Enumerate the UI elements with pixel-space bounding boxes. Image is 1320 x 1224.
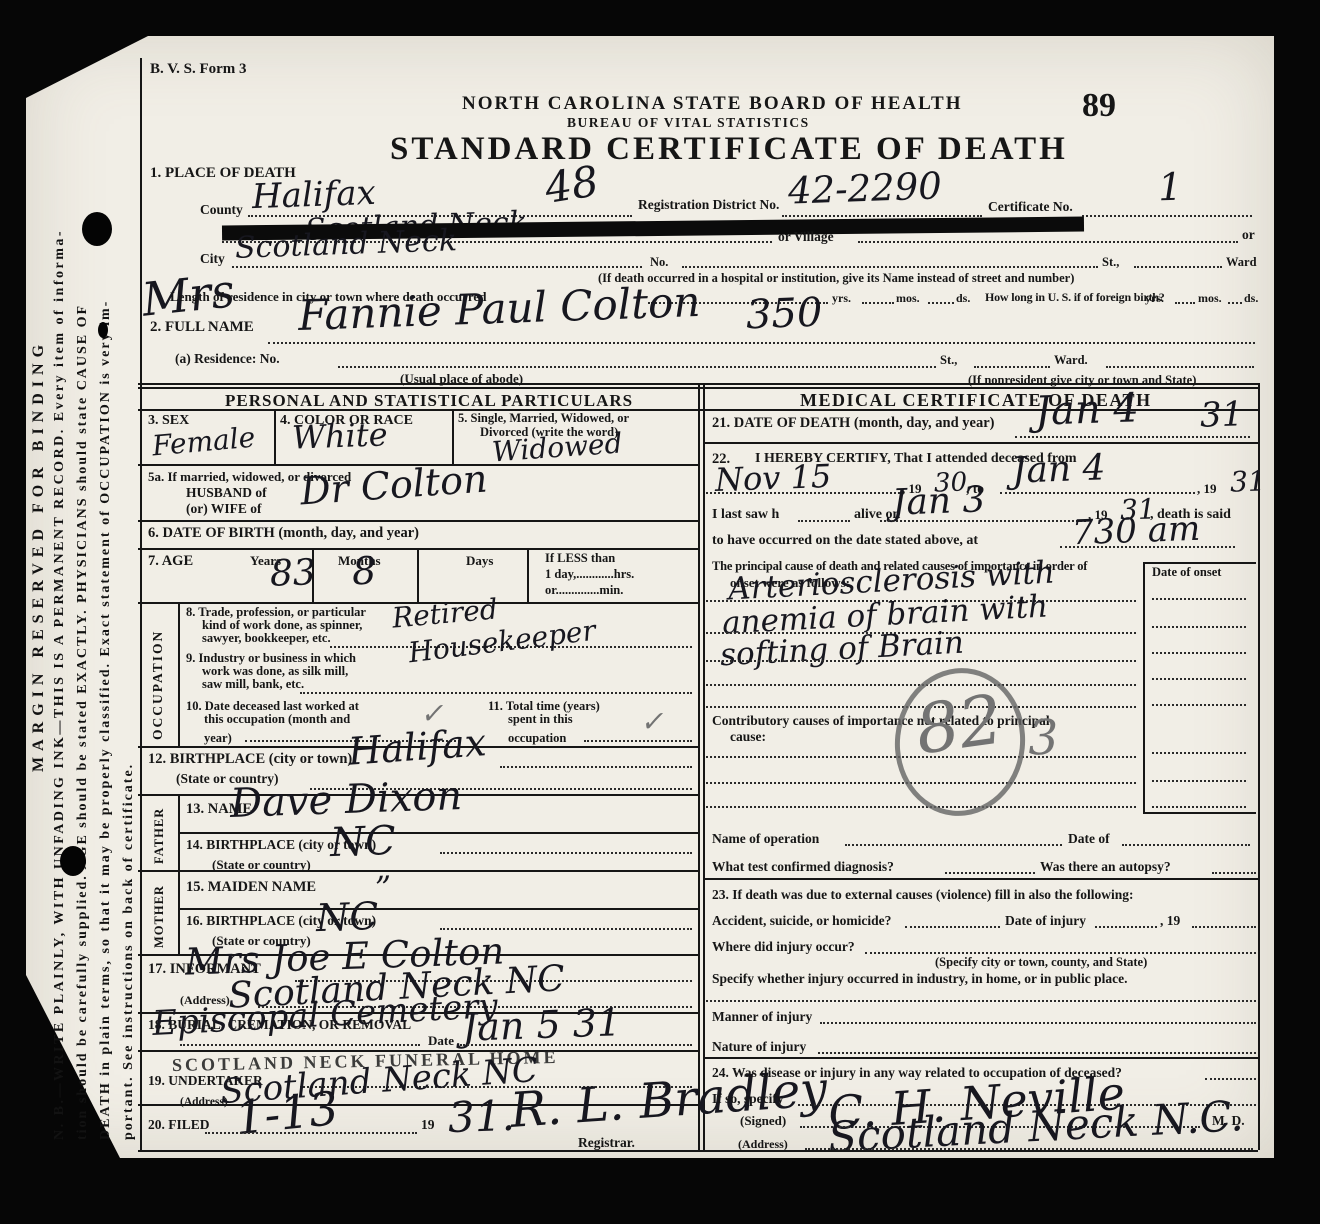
- rule: [140, 58, 142, 1150]
- dotted-line: [682, 266, 1098, 268]
- where-injury-label: Where did injury occur?: [712, 940, 855, 954]
- nature-of-injury-label: Nature of injury: [712, 1040, 806, 1054]
- father-side-label: FATHER: [152, 800, 167, 864]
- certificate-no-label: Certificate No.: [988, 200, 1073, 214]
- dotted-line: [1212, 872, 1256, 874]
- rule: [1258, 383, 1260, 1150]
- ward-label: Ward: [1226, 256, 1257, 269]
- dotted-line: [1152, 752, 1246, 754]
- dotted-line: [1152, 678, 1246, 680]
- external-causes-label: 23. If death was due to external causes …: [712, 888, 1133, 902]
- age-years-handwritten: 83: [269, 555, 316, 593]
- rule: [703, 1057, 1258, 1059]
- dotted-line: [865, 952, 1256, 954]
- ward-label: Ward.: [1054, 354, 1088, 367]
- rule: [178, 832, 698, 834]
- operation-label: Name of operation: [712, 832, 819, 846]
- to-year-handwritten: 31: [1230, 467, 1267, 496]
- race-handwritten: White: [291, 418, 388, 453]
- dotted-line: [205, 1132, 417, 1134]
- if-less-label: If LESS than: [545, 552, 615, 565]
- last-worked-label: this occupation (month and: [204, 713, 350, 726]
- manner-of-injury-label: Manner of injury: [712, 1010, 812, 1024]
- maiden-name-label: 15. MAIDEN NAME: [186, 880, 316, 895]
- dotted-line: [862, 302, 894, 304]
- ink-blot: [60, 846, 86, 876]
- ds-label: ds.: [1244, 292, 1258, 305]
- date-of-onset-label: Date of onset: [1152, 566, 1221, 579]
- dotted-line: [706, 492, 900, 494]
- certificate-no-handwritten: 1: [1157, 168, 1182, 207]
- dotted-line: [820, 1022, 1256, 1024]
- dotted-line: [1152, 652, 1246, 654]
- dotted-line: [818, 1052, 1256, 1054]
- registration-district-label: Registration District No.: [638, 198, 779, 212]
- dotted-line: [1106, 366, 1254, 368]
- dotted-line: [300, 692, 692, 694]
- burial-date-label: Date: [428, 1034, 454, 1048]
- rule: [178, 602, 180, 746]
- rule: [703, 383, 705, 1150]
- bureau-subtitle: BUREAU OF VITAL STATISTICS: [567, 116, 810, 130]
- stray-ink-mark: 48: [542, 160, 601, 210]
- foreign-birth-label: How long in U. S. if of foreign birth?: [985, 291, 1165, 304]
- dotted-line: [974, 366, 1050, 368]
- margin-nb-note-line: portant. See instructions on back of cer…: [121, 125, 137, 1140]
- dotted-line: [1015, 436, 1250, 438]
- specify-city-note: (Specify city or town, county, and State…: [935, 956, 1147, 969]
- if-less-hrs-label: 1 day,............hrs.: [545, 568, 634, 581]
- dotted-line: [928, 302, 954, 304]
- ink-blot: [98, 322, 108, 338]
- accident-label: Accident, suicide, or homicide?: [712, 914, 891, 928]
- trade-label: sawyer, bookkeeper, etc.: [202, 632, 331, 645]
- signed-label: (Signed): [740, 1114, 786, 1128]
- rule: [274, 409, 276, 464]
- registrar-label: Registrar.: [578, 1136, 635, 1150]
- rule: [1143, 562, 1256, 564]
- occurred-label: to have occurred on the date stated abov…: [712, 534, 978, 549]
- dotted-line: [845, 844, 1062, 846]
- dotted-line: [1152, 806, 1246, 808]
- injury-19-label: , 19: [1160, 914, 1180, 928]
- page-number: 89: [1082, 88, 1116, 124]
- marital-label: 5. Single, Married, Widowed, or: [458, 412, 629, 425]
- mos-label: mos.: [1198, 292, 1222, 305]
- rule: [138, 520, 698, 522]
- rule: [1143, 812, 1256, 814]
- full-name-label: 2. FULL NAME: [150, 320, 254, 336]
- pencil-sub-handwritten: 3: [1027, 713, 1059, 762]
- dotted-line: [858, 241, 1238, 243]
- dotted-line: [1000, 492, 1195, 494]
- filed-year-handwritten: 31.: [447, 1095, 515, 1139]
- residence-a-label: (a) Residence: No.: [175, 352, 280, 366]
- mother-birthplace-handwritten: NC: [315, 897, 379, 937]
- margin-nb-note-line: tion should be carefully supplied. AGE s…: [75, 125, 91, 1140]
- rule: [138, 383, 1258, 385]
- dotted-line: [1152, 780, 1246, 782]
- dotted-line: [1134, 266, 1222, 268]
- dotted-line: [1228, 302, 1242, 304]
- certificate-title: STANDARD CERTIFICATE OF DEATH: [390, 132, 1068, 167]
- dotted-line: [905, 926, 1000, 928]
- rule: [138, 870, 698, 872]
- rule: [178, 908, 698, 910]
- father-birthplace-handwritten: NC: [329, 821, 396, 863]
- filed-label: 20. FILED: [148, 1118, 210, 1132]
- rule: [417, 548, 419, 602]
- mos-label: mos.: [896, 292, 920, 305]
- dotted-line: [500, 766, 692, 768]
- if-less-min-label: or..............min.: [545, 584, 623, 597]
- dotted-line: [1060, 546, 1235, 548]
- dotted-line: [460, 1044, 692, 1046]
- occupation-side-label: OCCUPATION: [150, 610, 166, 740]
- street-label: St.,: [940, 354, 957, 367]
- dotted-line: [584, 740, 692, 742]
- county-label: County: [200, 203, 243, 217]
- or-village-label: or Village: [778, 230, 834, 244]
- rule: [178, 870, 180, 954]
- dotted-line: [706, 806, 1136, 808]
- city-handwritten: Scotland Neck: [235, 226, 458, 264]
- margin-nb-note-line: DEATH in plain terms, so that it may be …: [98, 125, 114, 1140]
- dotted-line: [1152, 626, 1246, 628]
- rule: [452, 409, 454, 464]
- injury-date-label: Date of injury: [1005, 914, 1086, 928]
- dotted-line: [1175, 302, 1195, 304]
- specify-where-label: Specify whether injury occurred in indus…: [712, 972, 1128, 986]
- date-of-death-year-handwritten: 31: [1199, 397, 1243, 432]
- date-of-death-handwritten: Jan 4: [1034, 388, 1139, 432]
- industry-label: saw mill, bank, etc.: [202, 678, 304, 691]
- pencil-code-handwritten: 82: [912, 686, 1007, 765]
- ink-blot: [82, 212, 112, 246]
- rule: [312, 548, 314, 602]
- total-time-label: occupation: [508, 732, 566, 745]
- checkmark-handwritten: ✓: [640, 708, 664, 737]
- mother-side-label: MOTHER: [152, 878, 167, 948]
- rule: [698, 383, 700, 1150]
- ds-label: ds.: [956, 292, 970, 305]
- dotted-line: [798, 520, 850, 522]
- attended-to-handwritten: Jan 4: [1011, 450, 1106, 489]
- days-label: Days: [466, 554, 493, 568]
- dotted-line: [232, 266, 642, 268]
- birthplace-label: 12. BIRTHPLACE (city or town): [148, 752, 352, 767]
- personal-section-header: PERSONAL AND STATISTICAL PARTICULARS: [225, 392, 633, 410]
- scanned-death-certificate: MARGIN RESERVED FOR BINDING N. B.—WRITE …: [0, 0, 1320, 1224]
- or-label: or: [1242, 228, 1255, 242]
- husband-of-label: HUSBAND of: [186, 486, 267, 500]
- age-label: 7. AGE: [148, 554, 193, 569]
- dotted-line: [440, 852, 692, 854]
- address-label: (Address): [738, 1138, 788, 1151]
- date-of-death-label: 21. DATE OF DEATH (month, day, and year): [712, 416, 995, 431]
- last-saw-date-handwritten: Jan 3: [891, 482, 986, 521]
- to-19-label: , 19: [1197, 482, 1217, 496]
- total-time-label: spent in this: [508, 713, 573, 726]
- contributory-label: cause:: [730, 730, 766, 744]
- date-of-birth-label: 6. DATE OF BIRTH (month, day, and year): [148, 526, 419, 541]
- dotted-line: [1205, 1078, 1256, 1080]
- dotted-line: [1122, 844, 1250, 846]
- if-so-specify-label: If so, specify: [712, 1092, 784, 1106]
- form-number: B. V. S. Form 3: [150, 62, 247, 78]
- dotted-line: [338, 366, 936, 368]
- dotted-line: [706, 660, 1136, 662]
- house-no-label: No.: [650, 256, 668, 269]
- dotted-line: [1095, 926, 1157, 928]
- burial-date-handwritten: Jan 5 31: [461, 1003, 621, 1047]
- dotted-line: [268, 342, 1255, 344]
- filed-19-label: 19: [421, 1118, 435, 1132]
- dotted-line: [945, 872, 1035, 874]
- operation-date-label: Date of: [1068, 832, 1110, 846]
- autopsy-label: Was there an autopsy?: [1040, 860, 1171, 874]
- attended-from-handwritten: Nov 15: [714, 460, 831, 496]
- registration-district-handwritten: 42-2290: [787, 167, 942, 209]
- father-name-handwritten: Dave Dixon: [229, 776, 462, 824]
- dotted-line: [1192, 926, 1256, 928]
- board-title: NORTH CAROLINA STATE BOARD OF HEALTH: [462, 94, 963, 114]
- birthplace-handwritten: Halifax: [347, 723, 488, 771]
- nonresident-note: (If nonresident give city or town and St…: [968, 374, 1196, 387]
- wife-of-label: (or) WIFE of: [186, 502, 262, 516]
- margin-nb-note-line: N. B.—WRITE PLAINLY, WITH UNFADING INK—T…: [52, 125, 68, 1140]
- yrs-label: yrs.: [832, 292, 851, 305]
- dotted-line: [1152, 704, 1246, 706]
- last-worked-label: year): [204, 732, 232, 745]
- dotted-line: [706, 1000, 1256, 1002]
- dotted-line: [1082, 215, 1252, 217]
- rule: [527, 548, 529, 602]
- rule: [703, 878, 1258, 880]
- margin-binding-note: MARGIN RESERVED FOR BINDING: [30, 372, 48, 772]
- street-label: St.,: [1102, 256, 1119, 269]
- yrs-label: yrs.: [1145, 292, 1164, 305]
- time-of-death-handwritten: 730 am: [1071, 512, 1200, 550]
- dotted-line: [880, 520, 1086, 522]
- last-saw-label: I last saw h: [712, 508, 779, 523]
- test-label: What test confirmed diagnosis?: [712, 860, 894, 874]
- age-months-handwritten: 8: [351, 552, 376, 591]
- dotted-line: [180, 1044, 420, 1046]
- county-handwritten: Halifax: [251, 176, 376, 214]
- number-350-handwritten: 350: [745, 293, 823, 336]
- rule: [1143, 562, 1145, 812]
- rule: [703, 442, 1258, 444]
- dotted-line: [782, 215, 982, 217]
- dotted-line: [1152, 598, 1246, 600]
- rule: [138, 1150, 1258, 1152]
